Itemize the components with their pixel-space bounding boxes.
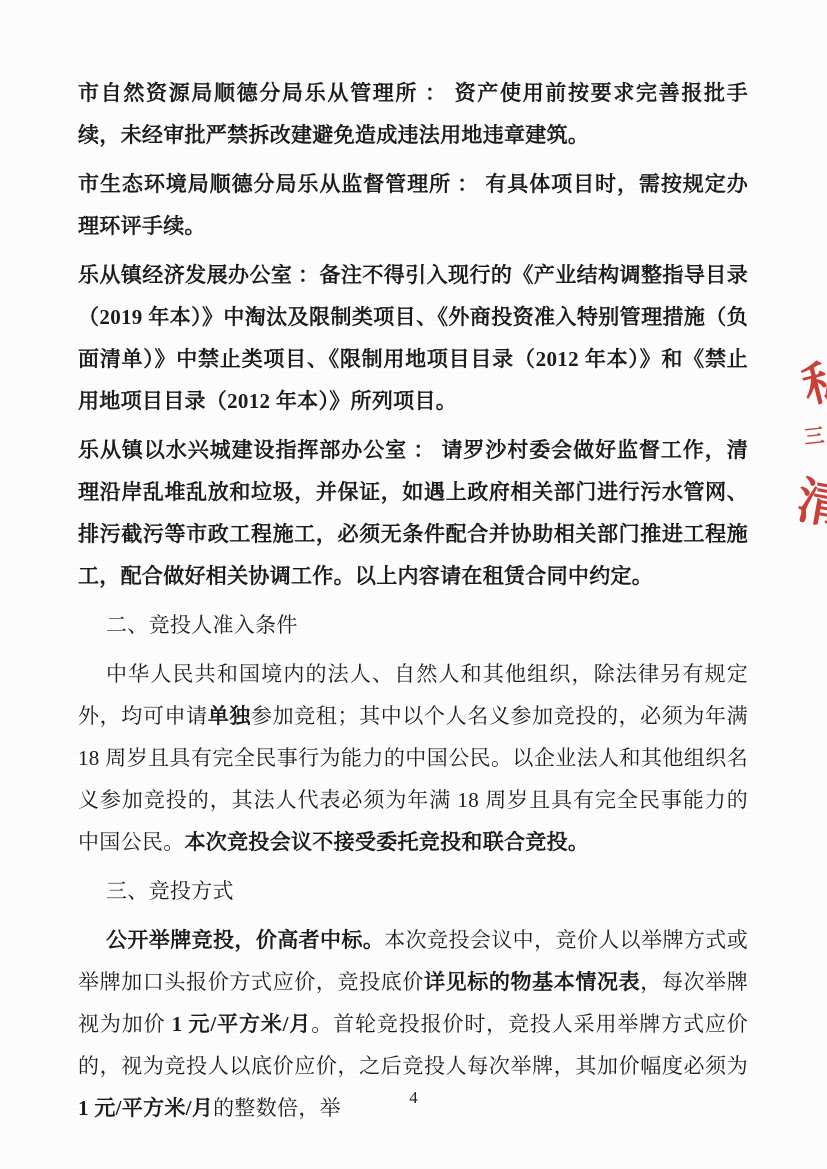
document-page: 市自然资源局顺德分局乐从管理所 ： 资产使用前按要求完善报批手续，未经审批严禁拆… <box>0 0 827 1169</box>
paragraph: 乐从镇经济发展办公室 ：备注不得引入现行的《产业结构调整指导目录（2019 年本… <box>78 254 748 422</box>
red-ink-mark: 私 <box>795 341 827 416</box>
text-run: 三、竞投方式 <box>106 879 234 903</box>
text-run: 详见标的物基本情况表 <box>424 970 640 994</box>
text-run: 市自然资源局顺德分局乐从管理所 ： 资产使用前按要求完善报批手续，未经审批严禁拆… <box>78 81 748 147</box>
page-number: 4 <box>0 1087 827 1109</box>
section-heading: 二、竞投人准入条件 <box>78 604 748 646</box>
paragraph: 市自然资源局顺德分局乐从管理所 ： 资产使用前按要求完善报批手续，未经审批严禁拆… <box>78 72 748 156</box>
document-body: 市自然资源局顺德分局乐从管理所 ： 资产使用前按要求完善报批手续，未经审批严禁拆… <box>78 72 748 1136</box>
text-run: 二、竞投人准入条件 <box>106 613 298 637</box>
text-run: 单独 <box>208 704 251 728</box>
paragraph: 市生态环境局顺德分局乐从监督管理所 ： 有具体项目时，需按规定办理环评手续。 <box>78 163 748 247</box>
red-ink-mark: 清 <box>792 460 827 540</box>
section-heading: 三、竞投方式 <box>78 870 748 912</box>
paragraph: 中华人民共和国境内的法人、自然人和其他组织，除法律另有规定外，均可申请单独参加竞… <box>78 653 748 863</box>
text-run: 本次竞投会议不接受委托竞投和联合竞投。 <box>185 830 590 854</box>
text-run: 公开举牌竞投，价高者中标。 <box>106 928 384 952</box>
paragraph: 乐从镇以水兴城建设指挥部办公室 ： 请罗沙村委会做好监督工作，清理沿岸乱堆乱放和… <box>78 429 748 597</box>
text-run: 1 元/平方米/月 <box>172 1012 312 1036</box>
text-run: 乐从镇经济发展办公室 ：备注不得引入现行的《产业结构调整指导目录（2019 年本… <box>78 263 748 413</box>
red-ink-mark: 三 <box>803 419 826 450</box>
text-run: 乐从镇以水兴城建设指挥部办公室 ： 请罗沙村委会做好监督工作，清理沿岸乱堆乱放和… <box>78 438 748 588</box>
text-run: 市生态环境局顺德分局乐从监督管理所 ： 有具体项目时，需按规定办理环评手续。 <box>78 172 748 238</box>
